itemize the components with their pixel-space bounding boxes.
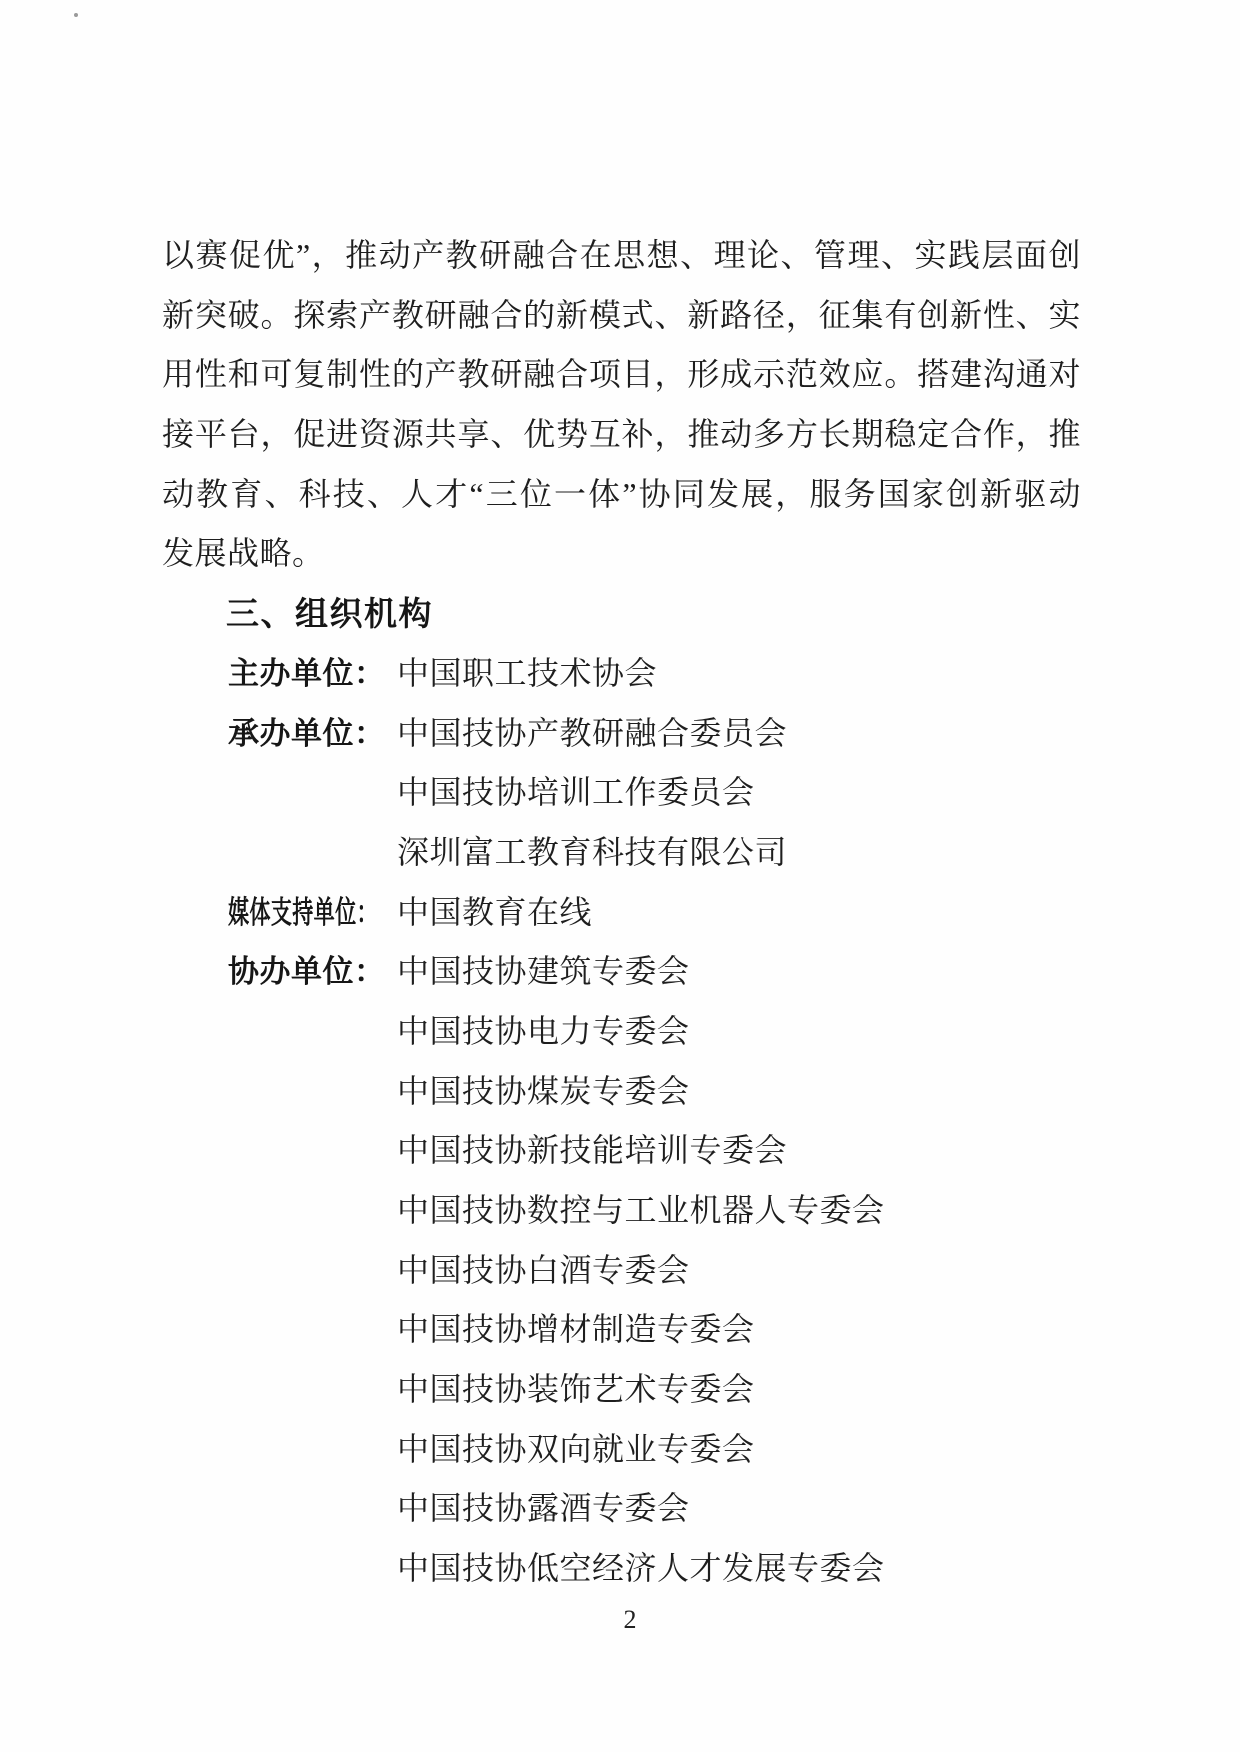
org-value: 中国技协数控与工业机器人专委会	[397, 1192, 885, 1228]
org-label-host: 主办单位：	[228, 644, 386, 704]
org-value: 中国技协煤炭专委会	[397, 1073, 690, 1109]
org-value: 中国技协低空经济人才发展专委会	[397, 1550, 885, 1586]
paragraph-line: 动教育、科技、人才“三位一体”协同发展，服务国家创新驱动	[162, 465, 1081, 525]
org-row: 中国技协煤炭专委会	[162, 1062, 1081, 1122]
org-value: 中国技协白酒专委会	[397, 1252, 690, 1288]
org-row: 中国技协双向就业专委会	[162, 1420, 1081, 1480]
org-value: 中国技协电力专委会	[397, 1013, 690, 1049]
org-value: 中国技协双向就业专委会	[397, 1431, 755, 1467]
document-page: 以赛促优”，推动产教研融合在思想、理论、管理、实践层面创 新突破。探索产教研融合…	[0, 0, 1240, 1752]
org-row: 中国技协露酒专委会	[162, 1479, 1081, 1539]
org-value: 中国教育在线	[397, 894, 592, 930]
org-value: 深圳富工教育科技有限公司	[397, 834, 787, 870]
org-row: 中国技协白酒专委会	[162, 1241, 1081, 1301]
paragraph-line: 接平台，促进资源共享、优势互补，推动多方长期稳定合作，推	[162, 405, 1081, 465]
org-value: 中国技协增材制造专委会	[397, 1311, 755, 1347]
org-row: 中国技协装饰艺术专委会	[162, 1360, 1081, 1420]
scan-artifact-dot	[74, 13, 78, 17]
paragraph-line: 用性和可复制性的产教研融合项目，形成示范效应。搭建沟通对	[162, 345, 1081, 405]
section-heading: 三、组织机构	[226, 595, 433, 632]
org-row: 中国技协增材制造专委会	[162, 1300, 1081, 1360]
org-row: 主办单位： 中国职工技术协会	[162, 644, 1081, 704]
paragraph-line: 发展战略。	[162, 524, 1081, 584]
org-value: 中国技协露酒专委会	[397, 1490, 690, 1526]
page-number: 2	[0, 1598, 1240, 1642]
org-row: 协办单位： 中国技协建筑专委会	[162, 942, 1081, 1002]
section-heading-row: 三、组织机构	[162, 584, 1081, 644]
org-row: 中国技协电力专委会	[162, 1002, 1081, 1062]
document-body: 以赛促优”，推动产教研融合在思想、理论、管理、实践层面创 新突破。探索产教研融合…	[162, 226, 1081, 1599]
org-label-undertaker: 承办单位：	[228, 704, 386, 764]
org-row: 媒体支持单位： 中国教育在线	[162, 883, 1081, 943]
org-value: 中国技协新技能培训专委会	[397, 1132, 787, 1168]
org-value: 中国技协装饰艺术专委会	[397, 1371, 755, 1407]
org-row: 中国技协培训工作委员会	[162, 763, 1081, 823]
org-value: 中国技协培训工作委员会	[397, 774, 755, 810]
org-row: 中国技协数控与工业机器人专委会	[162, 1181, 1081, 1241]
paragraph-line: 新突破。探索产教研融合的新模式、新路径，征集有创新性、实	[162, 286, 1081, 346]
org-value: 中国职工技术协会	[397, 655, 657, 691]
org-row: 中国技协新技能培训专委会	[162, 1121, 1081, 1181]
org-row: 中国技协低空经济人才发展专委会	[162, 1539, 1081, 1599]
org-label-media-support: 媒体支持单位：	[228, 883, 378, 943]
org-value: 中国技协建筑专委会	[397, 953, 690, 989]
org-label-co-organizer: 协办单位：	[228, 942, 386, 1002]
org-row: 承办单位： 中国技协产教研融合委员会	[162, 704, 1081, 764]
paragraph-line: 以赛促优”，推动产教研融合在思想、理论、管理、实践层面创	[162, 226, 1081, 286]
org-row: 深圳富工教育科技有限公司	[162, 823, 1081, 883]
org-value: 中国技协产教研融合委员会	[397, 715, 787, 751]
